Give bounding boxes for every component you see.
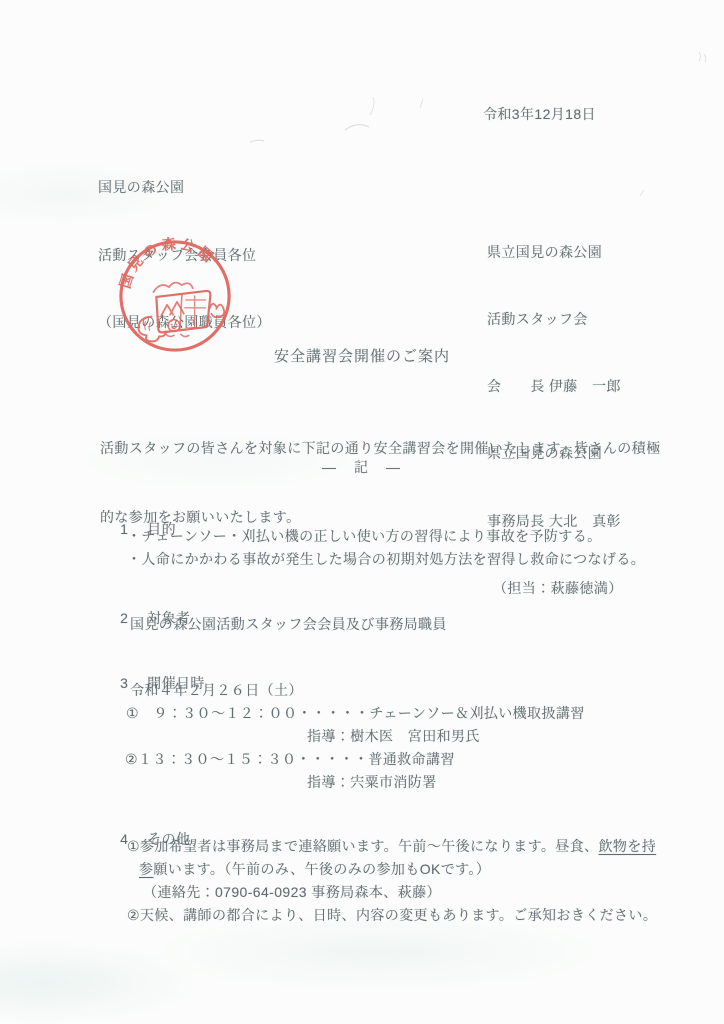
record-marker: ― 記 ―: [0, 457, 724, 477]
schedule-item-1: ① ９：３０～１２：００・・・・・チェーンソー＆刈払い機取扱講習: [126, 703, 585, 723]
event-date: 令和４年２月２６日（土）: [130, 680, 303, 700]
note-text: 願います。（午前のみ、午後のみの参加もOKです。）: [153, 861, 490, 877]
document-date: 令和3年12月18日: [483, 104, 596, 124]
stamp-text: 国見の森公園: [116, 237, 219, 291]
note-text: ①参加希望者は事務局まで連絡願います。午前～午後になります。昼食、: [127, 838, 599, 854]
other-note-1-line-1: ①参加希望者は事務局まで連絡願います。午前～午後になります。昼食、飲物を持: [127, 836, 656, 856]
purpose-bullet-1: ・チェーンソー・刈払い機の正しい使い方の習得により事故を予防する。: [127, 526, 602, 546]
recipient-line: 国見の森公園: [98, 176, 271, 199]
svg-text:国見の森公園: 国見の森公園: [116, 237, 219, 291]
underlined-text: 参: [139, 861, 153, 877]
schedule-item-2: ②１３：３０～１５：３０・・・・・普通救命講習: [125, 749, 455, 769]
contact-phone-line: （連絡先：0790-64-0923 事務局森本、萩藤）: [143, 882, 441, 902]
underlined-text: 飲物を持: [599, 838, 657, 854]
park-stamp-icon: 国見の森公園: [116, 237, 234, 355]
document-title: 安全講習会開催のご案内: [0, 345, 724, 366]
sender-line: 県立国見の森公園: [487, 241, 623, 263]
sender-line: 活動スタッフ会: [487, 308, 623, 330]
schedule-item-1-instructor: 指導：樹木医 宮田和男氏: [307, 726, 480, 746]
purpose-bullet-2: ・人命にかかわる事故が発生した場合の初期対処方法を習得し救命につなげる。: [127, 549, 645, 569]
target-audience: 国見の森公園活動スタッフ会会員及び事務局職員: [130, 614, 447, 634]
sender-contact-line: （担当：萩藤徳満）: [487, 577, 623, 599]
other-note-2: ②天候、講師の都合により、日時、内容の変更もあります。ご承知おきください。: [127, 905, 657, 925]
scanned-document-page: 令和3年12月18日 国見の森公園 活動スタッフ会会員各位 （国見の森公園職員各…: [0, 0, 724, 1024]
other-note-1-line-2: 参願います。（午前のみ、午後のみの参加もOKです。）: [139, 859, 490, 879]
schedule-item-2-instructor: 指導：宍粟市消防署: [307, 772, 437, 792]
intro-paragraph: 活動スタッフの皆さんを対象に下記の通り安全講習会を開催いたします。皆さんの積極 …: [100, 391, 634, 575]
